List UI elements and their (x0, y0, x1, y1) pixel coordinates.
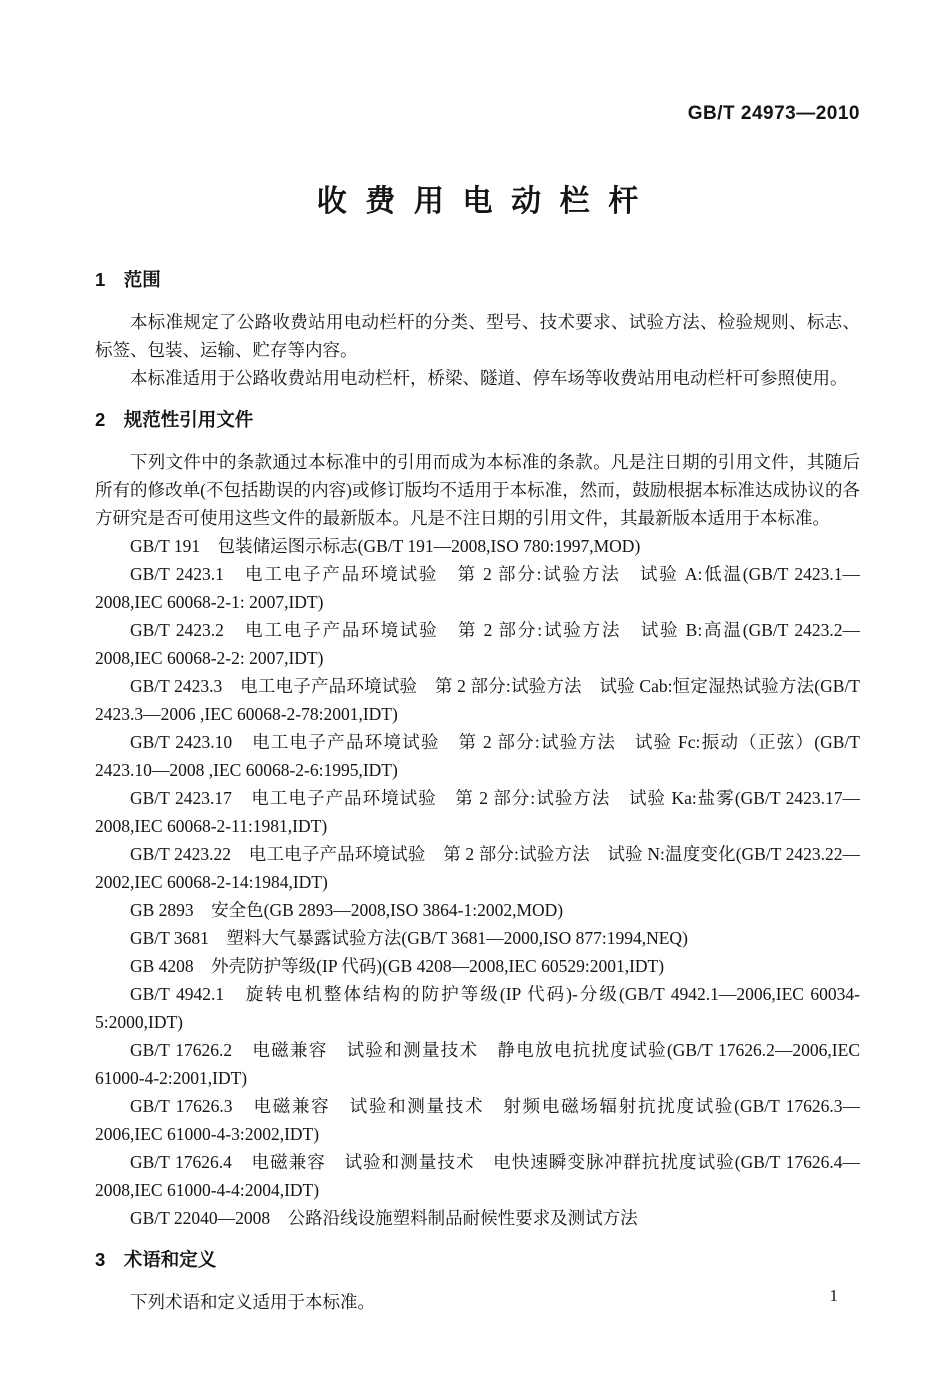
reference-item: GB/T 2423.22 电工电子产品环境试验 第 2 部分:试验方法 试验 N… (95, 840, 860, 896)
normative-references-list: GB/T 191 包装储运图示标志(GB/T 191—2008,ISO 780:… (95, 532, 860, 1232)
reference-item: GB/T 2423.2 电工电子产品环境试验 第 2 部分:试验方法 试验 B:… (95, 616, 860, 672)
reference-item: GB/T 2423.10 电工电子产品环境试验 第 2 部分:试验方法 试验 F… (95, 728, 860, 784)
reference-item: GB/T 17626.3 电磁兼容 试验和测量技术 射频电磁场辐射抗扰度试验(G… (95, 1092, 860, 1148)
reference-item: GB/T 2423.3 电工电子产品环境试验 第 2 部分:试验方法 试验 Ca… (95, 672, 860, 728)
section-2-heading: 2 规范性引用文件 (95, 408, 860, 432)
document-title: 收费用电动栏杆 (95, 185, 860, 219)
reference-item: GB/T 3681 塑料大气暴露试验方法(GB/T 3681—2000,ISO … (95, 924, 860, 952)
section-3-paragraph: 下列术语和定义适用于本标准。 (95, 1288, 860, 1316)
section-1-paragraph: 本标准规定了公路收费站用电动栏杆的分类、型号、技术要求、试验方法、检验规则、标志… (95, 308, 860, 364)
document-page: GB/T 24973—2010 收费用电动栏杆 1 范围 本标准规定了公路收费站… (0, 0, 950, 1388)
reference-item: GB/T 191 包装储运图示标志(GB/T 191—2008,ISO 780:… (95, 532, 860, 560)
reference-item: GB/T 17626.4 电磁兼容 试验和测量技术 电快速瞬变脉冲群抗扰度试验(… (95, 1148, 860, 1204)
reference-item: GB/T 17626.2 电磁兼容 试验和测量技术 静电放电抗扰度试验(GB/T… (95, 1036, 860, 1092)
reference-item: GB/T 2423.1 电工电子产品环境试验 第 2 部分:试验方法 试验 A:… (95, 560, 860, 616)
reference-item: GB 2893 安全色(GB 2893—2008,ISO 3864-1:2002… (95, 896, 860, 924)
standard-number: GB/T 24973—2010 (95, 103, 860, 125)
section-1-paragraph: 本标准适用于公路收费站用电动栏杆，桥梁、隧道、停车场等收费站用电动栏杆可参照使用… (95, 364, 860, 392)
section-2-intro: 下列文件中的条款通过本标准中的引用而成为本标准的条款。凡是注日期的引用文件，其随… (95, 448, 860, 532)
page-number: 1 (830, 1286, 839, 1306)
reference-item: GB/T 2423.17 电工电子产品环境试验 第 2 部分:试验方法 试验 K… (95, 784, 860, 840)
reference-item: GB/T 4942.1 旋转电机整体结构的防护等级(IP 代码)-分级(GB/T… (95, 980, 860, 1036)
section-1-heading: 1 范围 (95, 268, 860, 292)
reference-item: GB/T 22040—2008 公路沿线设施塑料制品耐候性要求及测试方法 (95, 1204, 860, 1232)
section-3-heading: 3 术语和定义 (95, 1248, 860, 1272)
reference-item: GB 4208 外壳防护等级(IP 代码)(GB 4208—2008,IEC 6… (95, 952, 860, 980)
